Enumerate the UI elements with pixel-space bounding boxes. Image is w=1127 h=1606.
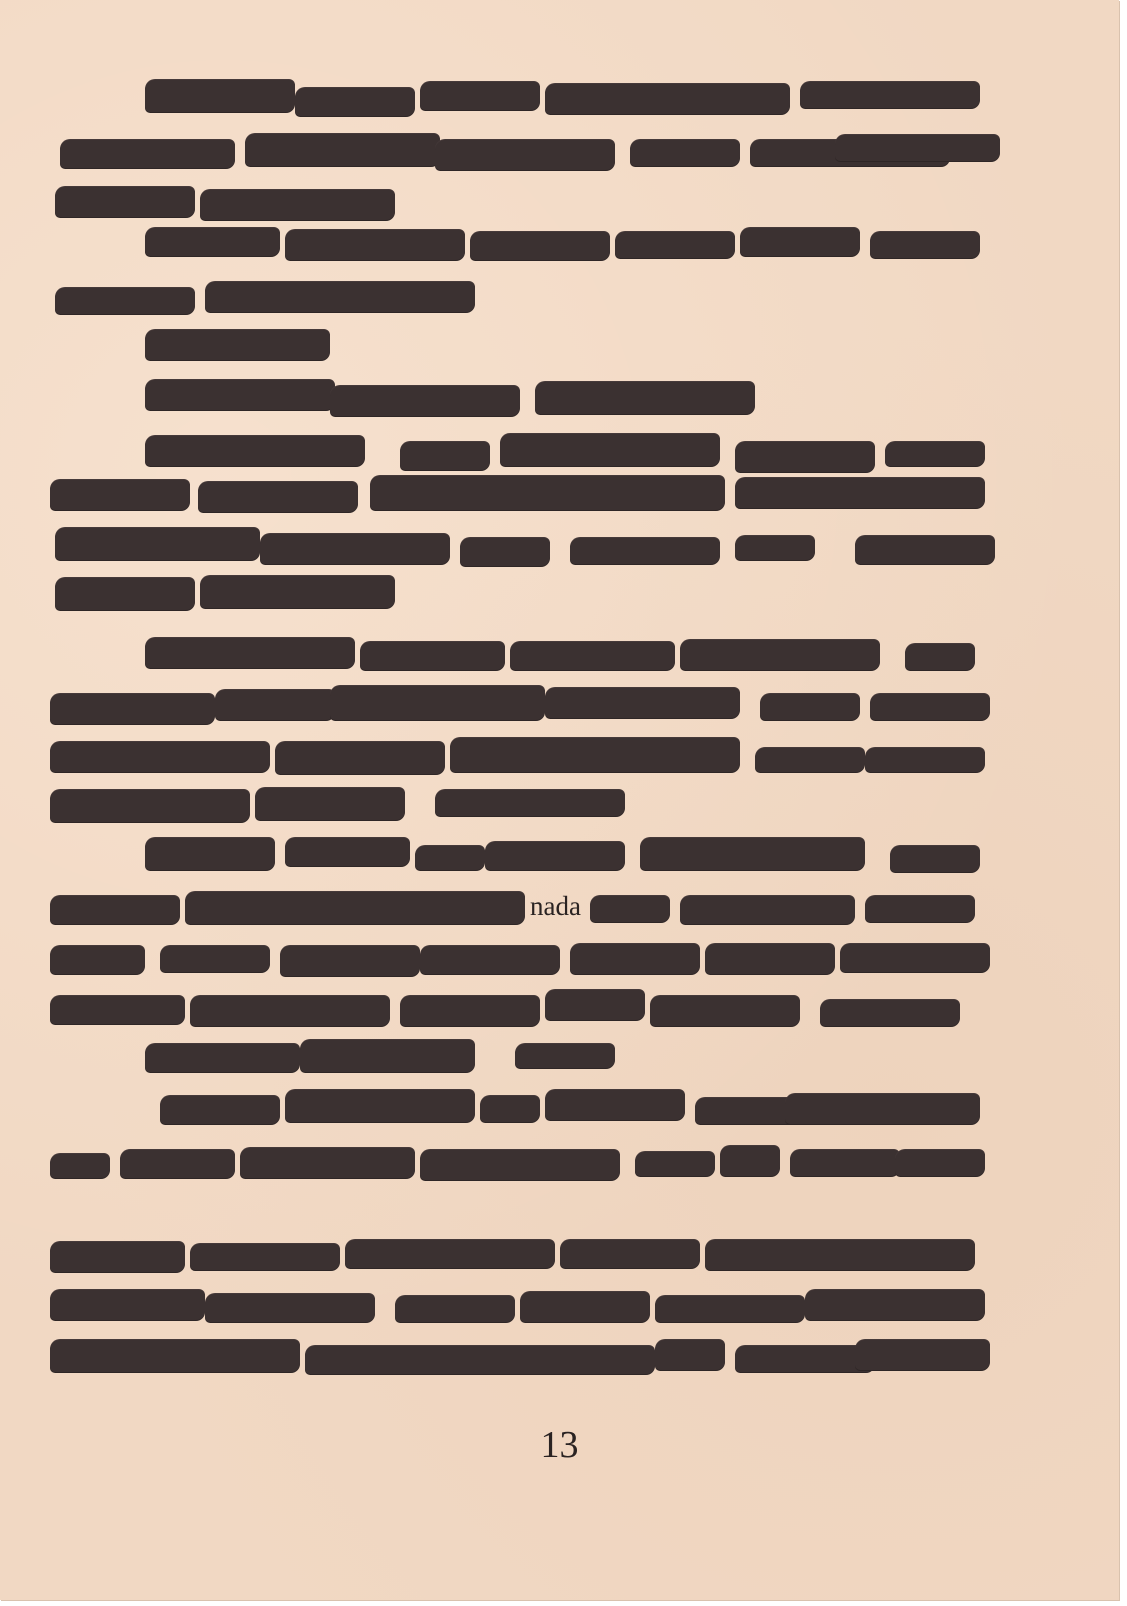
blackout-stroke	[160, 946, 270, 972]
blackout-stroke	[50, 946, 145, 974]
blackout-stroke	[50, 694, 215, 724]
blackout-stroke	[240, 1148, 415, 1178]
blackout-stroke	[590, 896, 670, 922]
blackout-stroke	[275, 742, 445, 774]
blackout-stroke	[55, 288, 195, 314]
blackout-stroke	[635, 1152, 715, 1176]
blackout-stroke	[145, 638, 355, 668]
blackout-stroke	[145, 330, 330, 360]
blackout-stroke	[460, 538, 550, 566]
blackout-stroke	[865, 896, 975, 922]
blackout-stroke	[55, 528, 260, 560]
blackout-stroke	[870, 694, 990, 720]
blackout-stroke	[705, 1240, 975, 1270]
blackout-stroke	[655, 1340, 725, 1370]
blackout-stroke	[435, 790, 625, 816]
blackout-stroke	[420, 82, 540, 110]
blackout-stroke	[680, 896, 855, 924]
blackout-stroke	[400, 996, 540, 1026]
blackout-stroke	[470, 232, 610, 260]
book-page: nada 13	[0, 0, 1119, 1600]
blackout-stroke	[330, 686, 545, 720]
blackout-stroke	[485, 842, 625, 870]
blackout-stroke	[50, 790, 250, 822]
blackout-stroke	[50, 1340, 300, 1372]
blackout-stroke	[260, 534, 450, 564]
blackout-stroke	[330, 386, 520, 416]
blackout-stroke	[400, 442, 490, 470]
blackout-stroke	[545, 688, 740, 718]
blackout-stroke	[615, 232, 735, 258]
blackout-stroke	[360, 642, 505, 670]
blackout-stroke	[145, 436, 365, 466]
blackout-stroke	[50, 1290, 205, 1320]
blackout-stroke	[450, 738, 740, 772]
blackout-stroke	[280, 946, 420, 976]
blackout-stroke	[185, 892, 525, 924]
blackout-stroke	[720, 1146, 780, 1176]
blackout-stroke	[740, 228, 860, 256]
blackout-stroke	[855, 1340, 990, 1370]
blackout-stroke	[55, 187, 195, 217]
blackout-stroke	[520, 1292, 650, 1322]
blackout-stroke	[895, 1150, 985, 1176]
blackout-stroke	[560, 1240, 700, 1268]
blackout-stroke	[870, 232, 980, 258]
blackout-stroke	[415, 846, 485, 870]
blackout-stroke	[285, 838, 410, 866]
blackout-stroke	[855, 536, 995, 564]
blackout-stroke	[510, 642, 675, 670]
blackout-stroke	[885, 442, 985, 466]
blackout-stroke	[760, 694, 860, 720]
blackout-stroke	[200, 576, 395, 608]
blackout-stroke	[200, 190, 395, 220]
blackout-stroke	[545, 1090, 685, 1120]
blackout-stroke	[300, 1040, 475, 1072]
blackout-stroke	[145, 380, 335, 410]
blackout-stroke	[800, 82, 980, 108]
blackout-stroke	[120, 1150, 235, 1178]
blackout-stroke	[705, 944, 835, 974]
blackout-stroke	[570, 944, 700, 974]
blackout-stroke	[190, 1244, 340, 1270]
blackout-stroke	[50, 996, 185, 1024]
blackout-stroke	[420, 946, 560, 974]
blackout-stroke	[198, 482, 358, 512]
blackout-stroke	[865, 748, 985, 772]
blackout-stroke	[145, 80, 295, 112]
blackout-stroke	[840, 944, 990, 972]
blackout-stroke	[535, 382, 755, 414]
blackout-stroke	[395, 1296, 515, 1322]
blackout-stroke	[890, 846, 980, 872]
blackout-stroke	[190, 996, 390, 1026]
blackout-stroke	[545, 84, 790, 114]
blackout-stroke	[755, 748, 865, 772]
blackout-stroke	[145, 1044, 300, 1072]
blackout-stroke	[785, 1094, 980, 1124]
blackout-stroke	[480, 1096, 540, 1122]
blackout-stroke	[735, 536, 815, 560]
blackout-stroke	[345, 1240, 555, 1268]
blackout-stroke	[640, 838, 865, 870]
blackout-stroke	[50, 742, 270, 772]
visible-word-nada: nada	[530, 893, 581, 920]
blackout-stroke	[50, 480, 190, 510]
page-number: 13	[0, 1423, 1119, 1467]
blackout-stroke	[60, 140, 235, 168]
blackout-stroke	[735, 478, 985, 508]
blackout-stroke	[790, 1150, 900, 1176]
blackout-stroke	[205, 282, 475, 312]
blackout-stroke	[50, 1154, 110, 1178]
blackout-stroke	[805, 1290, 985, 1320]
blackout-stroke	[680, 640, 880, 670]
blackout-stroke	[205, 1294, 375, 1322]
blackout-stroke	[160, 1096, 280, 1124]
blackout-stroke	[515, 1044, 615, 1068]
blackout-stroke	[145, 228, 280, 256]
blackout-stroke	[570, 538, 720, 564]
blackout-stroke	[905, 644, 975, 670]
blackout-stroke	[370, 476, 725, 510]
blackout-stroke	[655, 1296, 805, 1322]
blackout-stroke	[255, 788, 405, 820]
blackout-stroke	[215, 690, 335, 720]
blackout-stroke	[285, 1090, 475, 1122]
blackout-stroke	[50, 1242, 185, 1272]
blackout-stroke	[735, 1346, 875, 1372]
blackout-stroke	[545, 990, 645, 1020]
blackout-stroke	[435, 140, 615, 170]
blackout-stroke	[630, 140, 740, 166]
blackout-stroke	[145, 838, 275, 870]
blackout-stroke	[245, 134, 440, 166]
blackout-stroke	[55, 578, 195, 610]
blackout-stroke	[835, 135, 1000, 161]
blackout-stroke	[305, 1346, 655, 1374]
blackout-stroke	[420, 1150, 620, 1180]
blackout-stroke	[650, 996, 800, 1026]
blackout-stroke	[820, 1000, 960, 1026]
blackout-stroke	[50, 896, 180, 924]
blackout-stroke	[735, 442, 875, 472]
blackout-stroke	[295, 88, 415, 116]
blackout-stroke	[500, 434, 720, 466]
blackout-stroke	[285, 230, 465, 260]
